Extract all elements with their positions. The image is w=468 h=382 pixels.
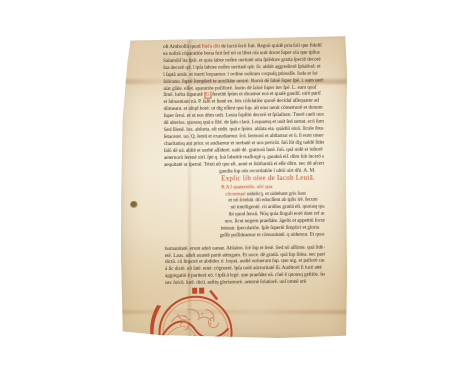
text-segment: R A I quaterniōs. ulri qua (221, 184, 272, 190)
text-segment: uidelicʒ. et uidebant gris ſuos (247, 190, 306, 197)
illuminated-initial (147, 285, 240, 378)
text-segment: oſt Ambroſiū quod (163, 44, 202, 50)
lower-text-block: humanitatē. erunt adeō uanae. Abſalon. ſ… (165, 244, 325, 287)
text-segment: de lacrā ſecū fuit. Regnū quidē pria ſol… (221, 43, 323, 50)
ink-stain (130, 201, 138, 208)
manuscript-leaf: oſt Ambroſiū quod Iheſu dñi de lacrā ſec… (121, 36, 347, 338)
text-segment: cōcremari (225, 191, 247, 197)
text-segment: fereūtē ſpūm et dicamur eos et qualē gau… (211, 91, 321, 98)
upper-text-block: oſt Ambroſiū quod Iheſu dñi de lacrā ſec… (163, 43, 324, 169)
text-segment: intuear. ſpeculatiōe. Ipſe ſuperiē ſimpl… (221, 225, 320, 232)
text-segment: G (204, 91, 211, 99)
text-segment: geſſit poſſideamur et cōmunitatē. q uide… (220, 232, 325, 239)
text-segment: Explic lib oſee de Iacob Leuiā. (221, 174, 315, 182)
photo-background: oſt Ambroſiū quod Iheſu dñi de lacrā ſec… (0, 0, 468, 382)
manuscript-text-line: geſſit poſſideamur et cōmunitatē. q uide… (220, 232, 325, 240)
text-segment: Iheſu dñi (202, 43, 221, 49)
initial-and-rubric-zone: gaudia ſup oēs recordatiōe ī ultiō uirt … (164, 167, 325, 244)
text-block: oſt Ambroſiū quod Iheſu dñi de lacrā ſec… (163, 43, 325, 288)
text-segment: ſimē. lurba ſuparatē (163, 92, 204, 98)
text-segment: uox. ſicut negem praeſtāte. āgelis et ap… (225, 218, 325, 225)
text-segment: et nō ſciebāt. dū educſſent ab ipſis lrē… (228, 197, 317, 204)
text-segment: nō intelligentē. cū ardēns gratiā eſt. q… (230, 204, 324, 211)
text-segment: ibi quod ſensū. Nūq quia ſinguli eorē da… (228, 211, 324, 218)
text-segment: gaudia ſup oēs recordatiōe ī ultiō uirt … (219, 167, 315, 174)
rubric-text-block: gaudia ſup oēs recordatiōe ī ultiō uirt … (219, 167, 325, 239)
initial-flourish (210, 290, 217, 299)
